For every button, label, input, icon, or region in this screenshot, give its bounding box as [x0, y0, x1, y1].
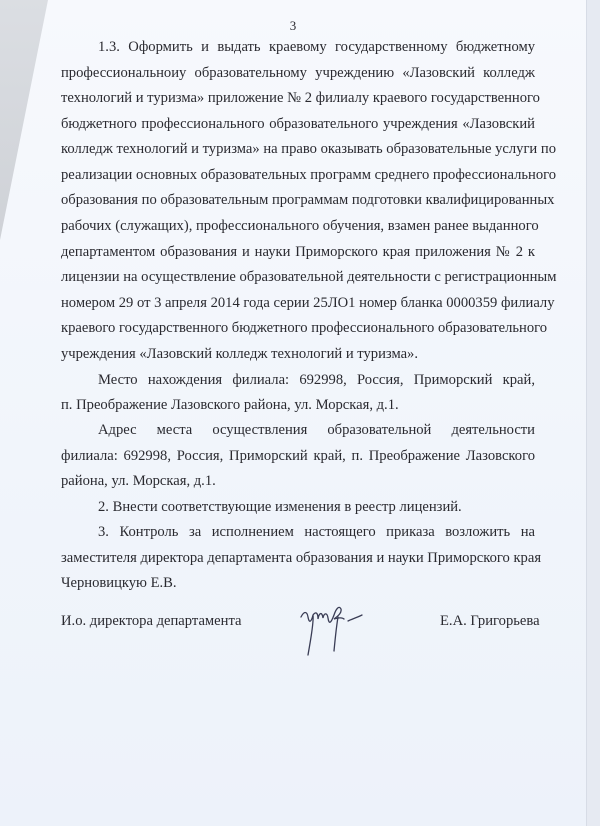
document-line: реализации основных образовательных прог…: [61, 166, 535, 184]
document-line: технологий и туризма» приложение № 2 фил…: [61, 89, 535, 107]
show-through-text: ​: [61, 684, 535, 701]
document-line: 1.3. Оформить и выдать краевому государс…: [98, 38, 535, 56]
document-line: заместителя директора департамента образ…: [61, 549, 535, 567]
signer-position: И.о. директора департамента: [61, 613, 241, 630]
document-line: района, ул. Морская, д.1.: [61, 472, 535, 490]
document-line: профессиональноиу образовательному учреж…: [61, 64, 535, 82]
document-line: Место нахождения филиала: 692998, Россия…: [98, 371, 535, 389]
document-line: колледж технологий и туризма» на право о…: [61, 140, 535, 158]
page-margin-strip: [587, 0, 600, 826]
document-line: номером 29 от 3 апреля 2014 года серии 2…: [61, 294, 535, 312]
signer-name: Е.А. Григорьева: [440, 613, 540, 630]
document-line: Адрес места осуществления образовательно…: [98, 421, 535, 439]
handwritten-signature-icon: [298, 603, 368, 661]
document-line: учреждения «Лазовский колледж технологий…: [61, 345, 535, 363]
document-line: лицензии на осуществление образовательно…: [61, 268, 535, 286]
document-line: филиала: 692998, Россия, Приморский край…: [61, 447, 535, 465]
document-line: 2. Внести соответствующие изменения в ре…: [98, 498, 535, 516]
page-number: 3: [0, 18, 586, 34]
document-line: бюджетного профессионального образовател…: [61, 115, 535, 133]
document-line: краевого государственного бюджетного про…: [61, 319, 535, 337]
document-line: образования по образовательным программа…: [61, 191, 535, 209]
document-line: п. Преображение Лазовского района, ул. М…: [61, 396, 535, 414]
document-line: 3. Контроль за исполнением настоящего пр…: [98, 523, 535, 541]
document-line: департаментом образования и науки Примор…: [61, 243, 535, 261]
document-line: Черновицкую Е.В.: [61, 574, 535, 592]
document-line: рабочих (служащих), профессионального об…: [61, 217, 535, 235]
